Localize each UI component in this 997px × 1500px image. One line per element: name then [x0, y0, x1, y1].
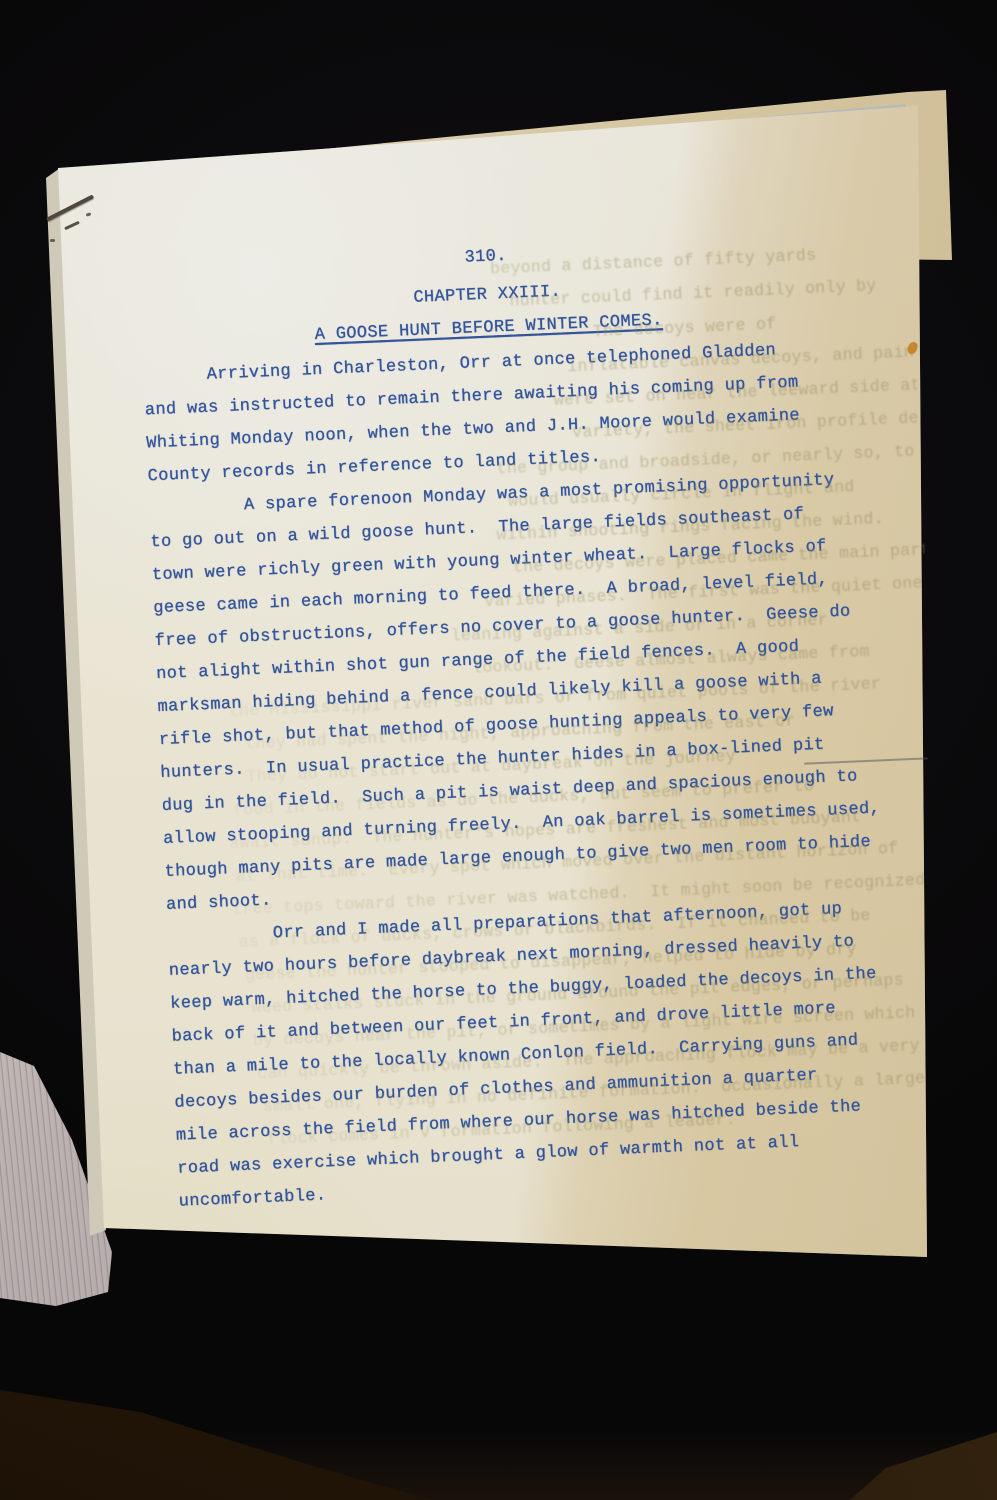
paragraph: A spare forenoon Monday was a most promi… — [148, 463, 866, 922]
page-content-frame: beyond a distance of fifty yardshunter c… — [55, 122, 952, 1237]
photograph-of-manuscript-page: beyond a distance of fifty yardshunter c… — [0, 0, 997, 1500]
typewritten-body: Arriving in Charleston, Orr at once tele… — [64, 332, 879, 1223]
staple-speck — [50, 239, 55, 242]
page-header: 310. CHAPTER XXIII. A GOOSE HUNT BEFORE … — [55, 122, 915, 363]
paragraph: Orr and I made all preparations that aft… — [167, 892, 879, 1219]
